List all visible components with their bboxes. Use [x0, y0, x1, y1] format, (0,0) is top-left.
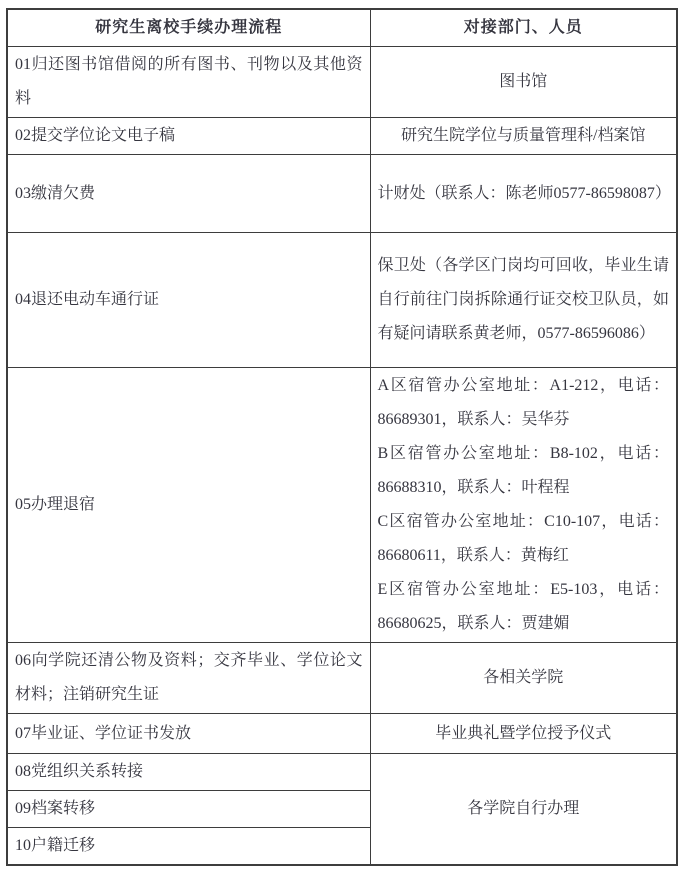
- column-header-contact: 对接部门、人员: [370, 9, 677, 47]
- procedure-cell-08: 08党组织关系转接: [7, 754, 370, 791]
- procedure-cell-02: 02提交学位论文电子稿: [7, 118, 370, 155]
- contact-line-zone-e: E区宿管办公室地址：E5-103，电话：86680625，联系人：贾建媚: [378, 573, 670, 641]
- procedure-cell-07: 07毕业证、学位证书发放: [7, 714, 370, 754]
- procedure-cell-10: 10户籍迁移: [7, 828, 370, 866]
- contact-cell-03: 计财处（联系人：陈老师0577-86598087）: [370, 155, 677, 233]
- table-row-04: 04退还电动车通行证 保卫处（各学区门岗均可回收，毕业生请自行前往门岗拆除通行证…: [7, 233, 677, 368]
- contact-cell-02: 研究生院学位与质量管理科/档案馆: [370, 118, 677, 155]
- contact-cell-05: A区宿管办公室地址：A1-212，电话：86689301，联系人：吴华芬 B区宿…: [370, 368, 677, 643]
- header-row: 研究生离校手续办理流程 对接部门、人员: [7, 9, 677, 47]
- contact-line-zone-b: B区宿管办公室地址：B8-102，电话：86688310，联系人：叶程程: [378, 437, 670, 505]
- table-row-08: 08党组织关系转接 各学院自行办理: [7, 754, 677, 791]
- table-row-03: 03缴清欠费 计财处（联系人：陈老师0577-86598087）: [7, 155, 677, 233]
- procedure-cell-06: 06向学院还清公物及资料；交齐毕业、学位论文材料；注销研究生证: [7, 643, 370, 714]
- table-row-06: 06向学院还清公物及资料；交齐毕业、学位论文材料；注销研究生证 各相关学院: [7, 643, 677, 714]
- contact-cell-merged-08-10: 各学院自行办理: [370, 754, 677, 866]
- procedure-table: 研究生离校手续办理流程 对接部门、人员 01归还图书馆借阅的所有图书、刊物以及其…: [6, 8, 678, 866]
- contact-cell-04: 保卫处（各学区门岗均可回收，毕业生请自行前往门岗拆除通行证交校卫队员，如有疑问请…: [370, 233, 677, 368]
- contact-cell-07: 毕业典礼暨学位授予仪式: [370, 714, 677, 754]
- contact-line-zone-c: C区宿管办公室地址：C10-107，电话：86680611，联系人：黄梅红: [378, 505, 670, 573]
- column-header-procedure: 研究生离校手续办理流程: [7, 9, 370, 47]
- procedure-cell-09: 09档案转移: [7, 791, 370, 828]
- procedure-cell-03: 03缴清欠费: [7, 155, 370, 233]
- table-row-01: 01归还图书馆借阅的所有图书、刊物以及其他资料 图书馆: [7, 47, 677, 118]
- document-page: 研究生离校手续办理流程 对接部门、人员 01归还图书馆借阅的所有图书、刊物以及其…: [0, 0, 682, 874]
- table-row-05: 05办理退宿 A区宿管办公室地址：A1-212，电话：86689301，联系人：…: [7, 368, 677, 643]
- procedure-cell-05: 05办理退宿: [7, 368, 370, 643]
- procedure-cell-04: 04退还电动车通行证: [7, 233, 370, 368]
- contact-cell-06: 各相关学院: [370, 643, 677, 714]
- contact-line-zone-a: A区宿管办公室地址：A1-212，电话：86689301，联系人：吴华芬: [378, 369, 670, 437]
- contact-cell-01: 图书馆: [370, 47, 677, 118]
- table-row-02: 02提交学位论文电子稿 研究生院学位与质量管理科/档案馆: [7, 118, 677, 155]
- procedure-cell-01: 01归还图书馆借阅的所有图书、刊物以及其他资料: [7, 47, 370, 118]
- table-row-07: 07毕业证、学位证书发放 毕业典礼暨学位授予仪式: [7, 714, 677, 754]
